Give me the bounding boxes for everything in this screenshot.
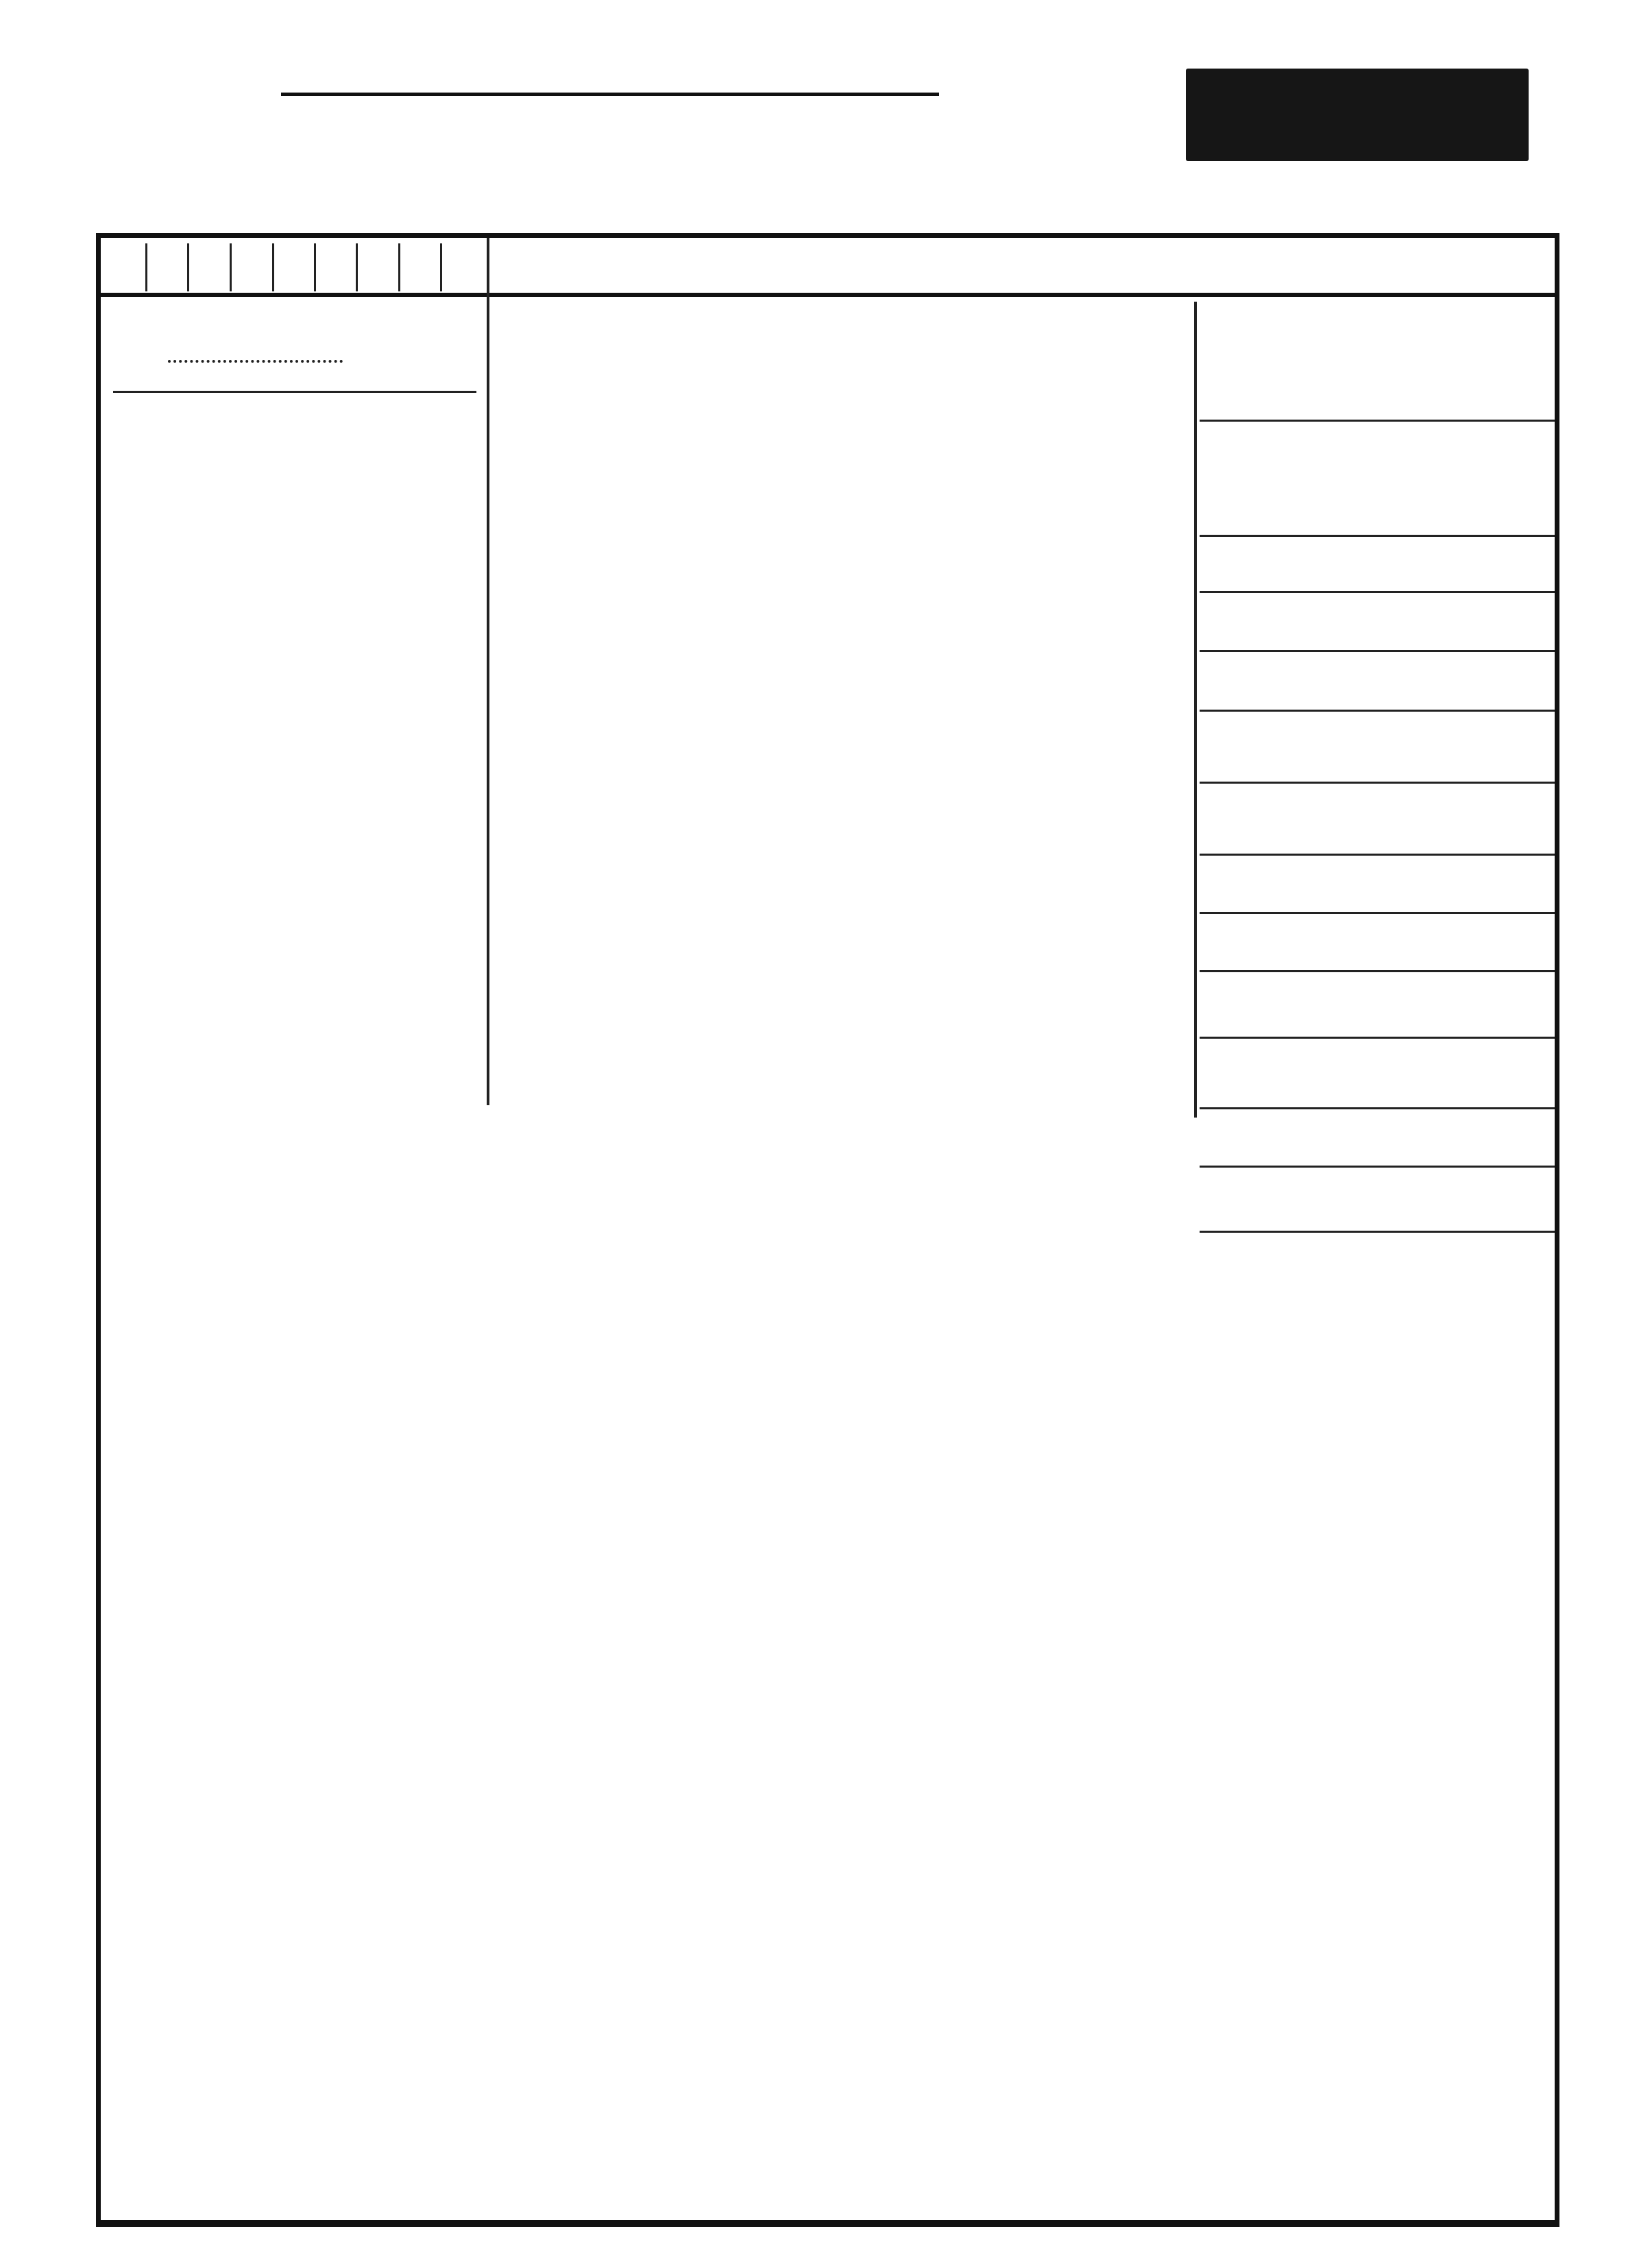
frame-bottom: [96, 2220, 1559, 2227]
header-rule: [281, 93, 939, 96]
code-boxes: [101, 238, 487, 293]
frame-right: [1555, 233, 1559, 2221]
code-row-bottom: [96, 293, 1559, 297]
left-column-divider: [487, 238, 489, 1105]
record-number-field[interactable]: [168, 360, 343, 363]
record-number-underline: [113, 391, 476, 393]
yad-vashem-logo: [1186, 69, 1529, 161]
frame-top: [96, 233, 1559, 238]
label-column-divider: [1194, 302, 1197, 1118]
frame-left: [96, 233, 101, 2221]
